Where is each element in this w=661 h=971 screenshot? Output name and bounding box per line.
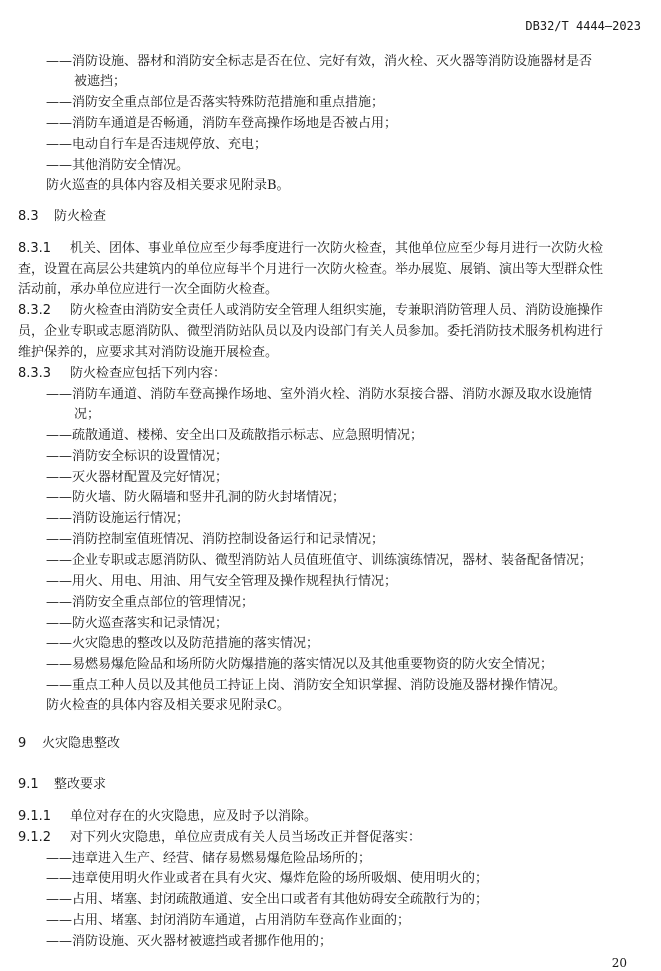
list-item: ——企业专职或志愿消防队、微型消防站人员值班值守、训练演练情况，器材、装备配备情… <box>46 551 592 572</box>
list-item: ——火灾隐患的整改以及防范措施的落实情况； <box>46 634 319 655</box>
appendix-note: 防火检查的具体内容及相关要求见附录C。 <box>46 696 290 717</box>
dash-marker: —— <box>46 490 72 505</box>
list-item: ——消防设施运行情况； <box>46 509 189 530</box>
dash-marker: —— <box>46 470 72 485</box>
section-heading-9-1: 9.1整改要求 <box>18 775 106 796</box>
list-item: ——消防设施、器材和消防安全标志是否在位、完好有效，消火栓、灭火器等消防设施器材… <box>46 52 592 73</box>
list-item: ——消防安全标识的设置情况； <box>46 447 228 468</box>
list-item: ——消防车通道、消防车登高操作场地、室外消火栓、消防水泵接合器、消防水源及取水设… <box>46 385 592 406</box>
clause-9-1-1: 9.1.1单位对存在的火灾隐患，应及时予以消除。 <box>18 807 317 828</box>
dash-marker: —— <box>46 892 72 907</box>
page-number: 20 <box>612 956 627 970</box>
list-item: ——疏散通道、楼梯、安全出口及疏散指示标志、应急照明情况； <box>46 426 423 447</box>
document-id-header: DB32/T 4444—2023 <box>525 19 641 33</box>
list-item: ——消防安全重点部位是否落实特殊防范措施和重点措施； <box>46 93 384 114</box>
list-item: ——易燃易爆危险品和场所防火防爆措施的落实情况以及其他重要物资的防火安全情况； <box>46 655 553 676</box>
dash-marker: —— <box>46 574 72 589</box>
list-item-continuation: 被遮挡； <box>74 72 126 93</box>
dash-marker: —— <box>46 934 72 949</box>
dash-marker: —— <box>46 595 72 610</box>
dash-marker: —— <box>46 553 72 568</box>
dash-marker: —— <box>46 678 72 693</box>
list-item: ——电动自行车是否违规停放、充电； <box>46 135 267 156</box>
list-item: ——违章使用明火作业或者在具有火灾、爆炸危险的场所吸烟、使用明火的； <box>46 869 488 890</box>
clause-text-line: 维护保养的，应要求其对消防设施开展检查。 <box>18 343 278 364</box>
section-heading-8-3: 8.3防火检查 <box>18 207 106 228</box>
dash-marker: —— <box>46 616 72 631</box>
list-item: ——消防车通道是否畅通，消防车登高操作场地是否被占用； <box>46 114 397 135</box>
dash-marker: —— <box>46 657 72 672</box>
dash-marker: —— <box>46 137 72 152</box>
list-item-continuation: 况； <box>74 405 100 426</box>
dash-marker: —— <box>46 871 72 886</box>
list-item: ——防火墙、防火隔墙和竖井孔洞的防火封堵情况； <box>46 488 345 509</box>
list-item: ——占用、堵塞、封闭疏散通道、安全出口或者有其他妨碍安全疏散行为的； <box>46 890 488 911</box>
clause-text-line: 员，企业专职或志愿消防队、微型消防站队员以及内设部门有关人员参加。委托消防技术服… <box>18 322 603 343</box>
dash-marker: —— <box>46 851 72 866</box>
clause-8-3-1: 8.3.1机关、团体、事业单位应至少每季度进行一次防火检查，其他单位应至少每月进… <box>18 239 603 260</box>
list-item: ——消防安全重点部位的管理情况； <box>46 593 254 614</box>
dash-marker: —— <box>46 158 72 173</box>
list-item: ——重点工种人员以及其他员工持证上岗、消防安全知识掌握、消防设施及器材操作情况。 <box>46 676 566 697</box>
dash-marker: —— <box>46 387 72 402</box>
list-item: ——占用、堵塞、封闭消防车通道，占用消防车登高作业面的； <box>46 911 410 932</box>
dash-marker: —— <box>46 511 72 526</box>
list-item: ——防火巡查落实和记录情况； <box>46 614 228 635</box>
dash-marker: —— <box>46 636 72 651</box>
list-item: ——消防控制室值班情况、消防控制设备运行和记录情况； <box>46 530 384 551</box>
clause-text-line: 活动前，承办单位应进行一次全面防火检查。 <box>18 280 278 301</box>
dash-marker: —— <box>46 95 72 110</box>
list-item: ——其他消防安全情况。 <box>46 156 189 177</box>
clause-text-line: 查，设置在高层公共建筑内的单位应每半个月进行一次防火检查。举办展览、展销、演出等… <box>18 260 603 281</box>
clause-9-1-2: 9.1.2对下列火灾隐患，单位应责成有关人员当场改正并督促落实： <box>18 828 421 849</box>
list-item: ——灭火器材配置及完好情况； <box>46 468 228 489</box>
dash-marker: —— <box>46 532 72 547</box>
appendix-note: 防火巡查的具体内容及相关要求见附录B。 <box>46 176 290 197</box>
dash-marker: —— <box>46 116 72 131</box>
clause-8-3-3: 8.3.3防火检查应包括下列内容： <box>18 364 226 385</box>
dash-marker: —— <box>46 913 72 928</box>
list-item: ——违章进入生产、经营、储存易燃易爆危险品场所的； <box>46 849 371 870</box>
dash-marker: —— <box>46 54 72 69</box>
list-item: ——消防设施、灭火器材被遮挡或者挪作他用的； <box>46 932 332 953</box>
dash-marker: —— <box>46 428 72 443</box>
clause-8-3-2: 8.3.2防火检查由消防安全责任人或消防安全管理人组织实施，专兼职消防管理人员、… <box>18 301 603 322</box>
list-item: ——用火、用电、用油、用气安全管理及操作规程执行情况； <box>46 572 397 593</box>
section-heading-9: 9火灾隐患整改 <box>18 734 120 755</box>
dash-marker: —— <box>46 449 72 464</box>
